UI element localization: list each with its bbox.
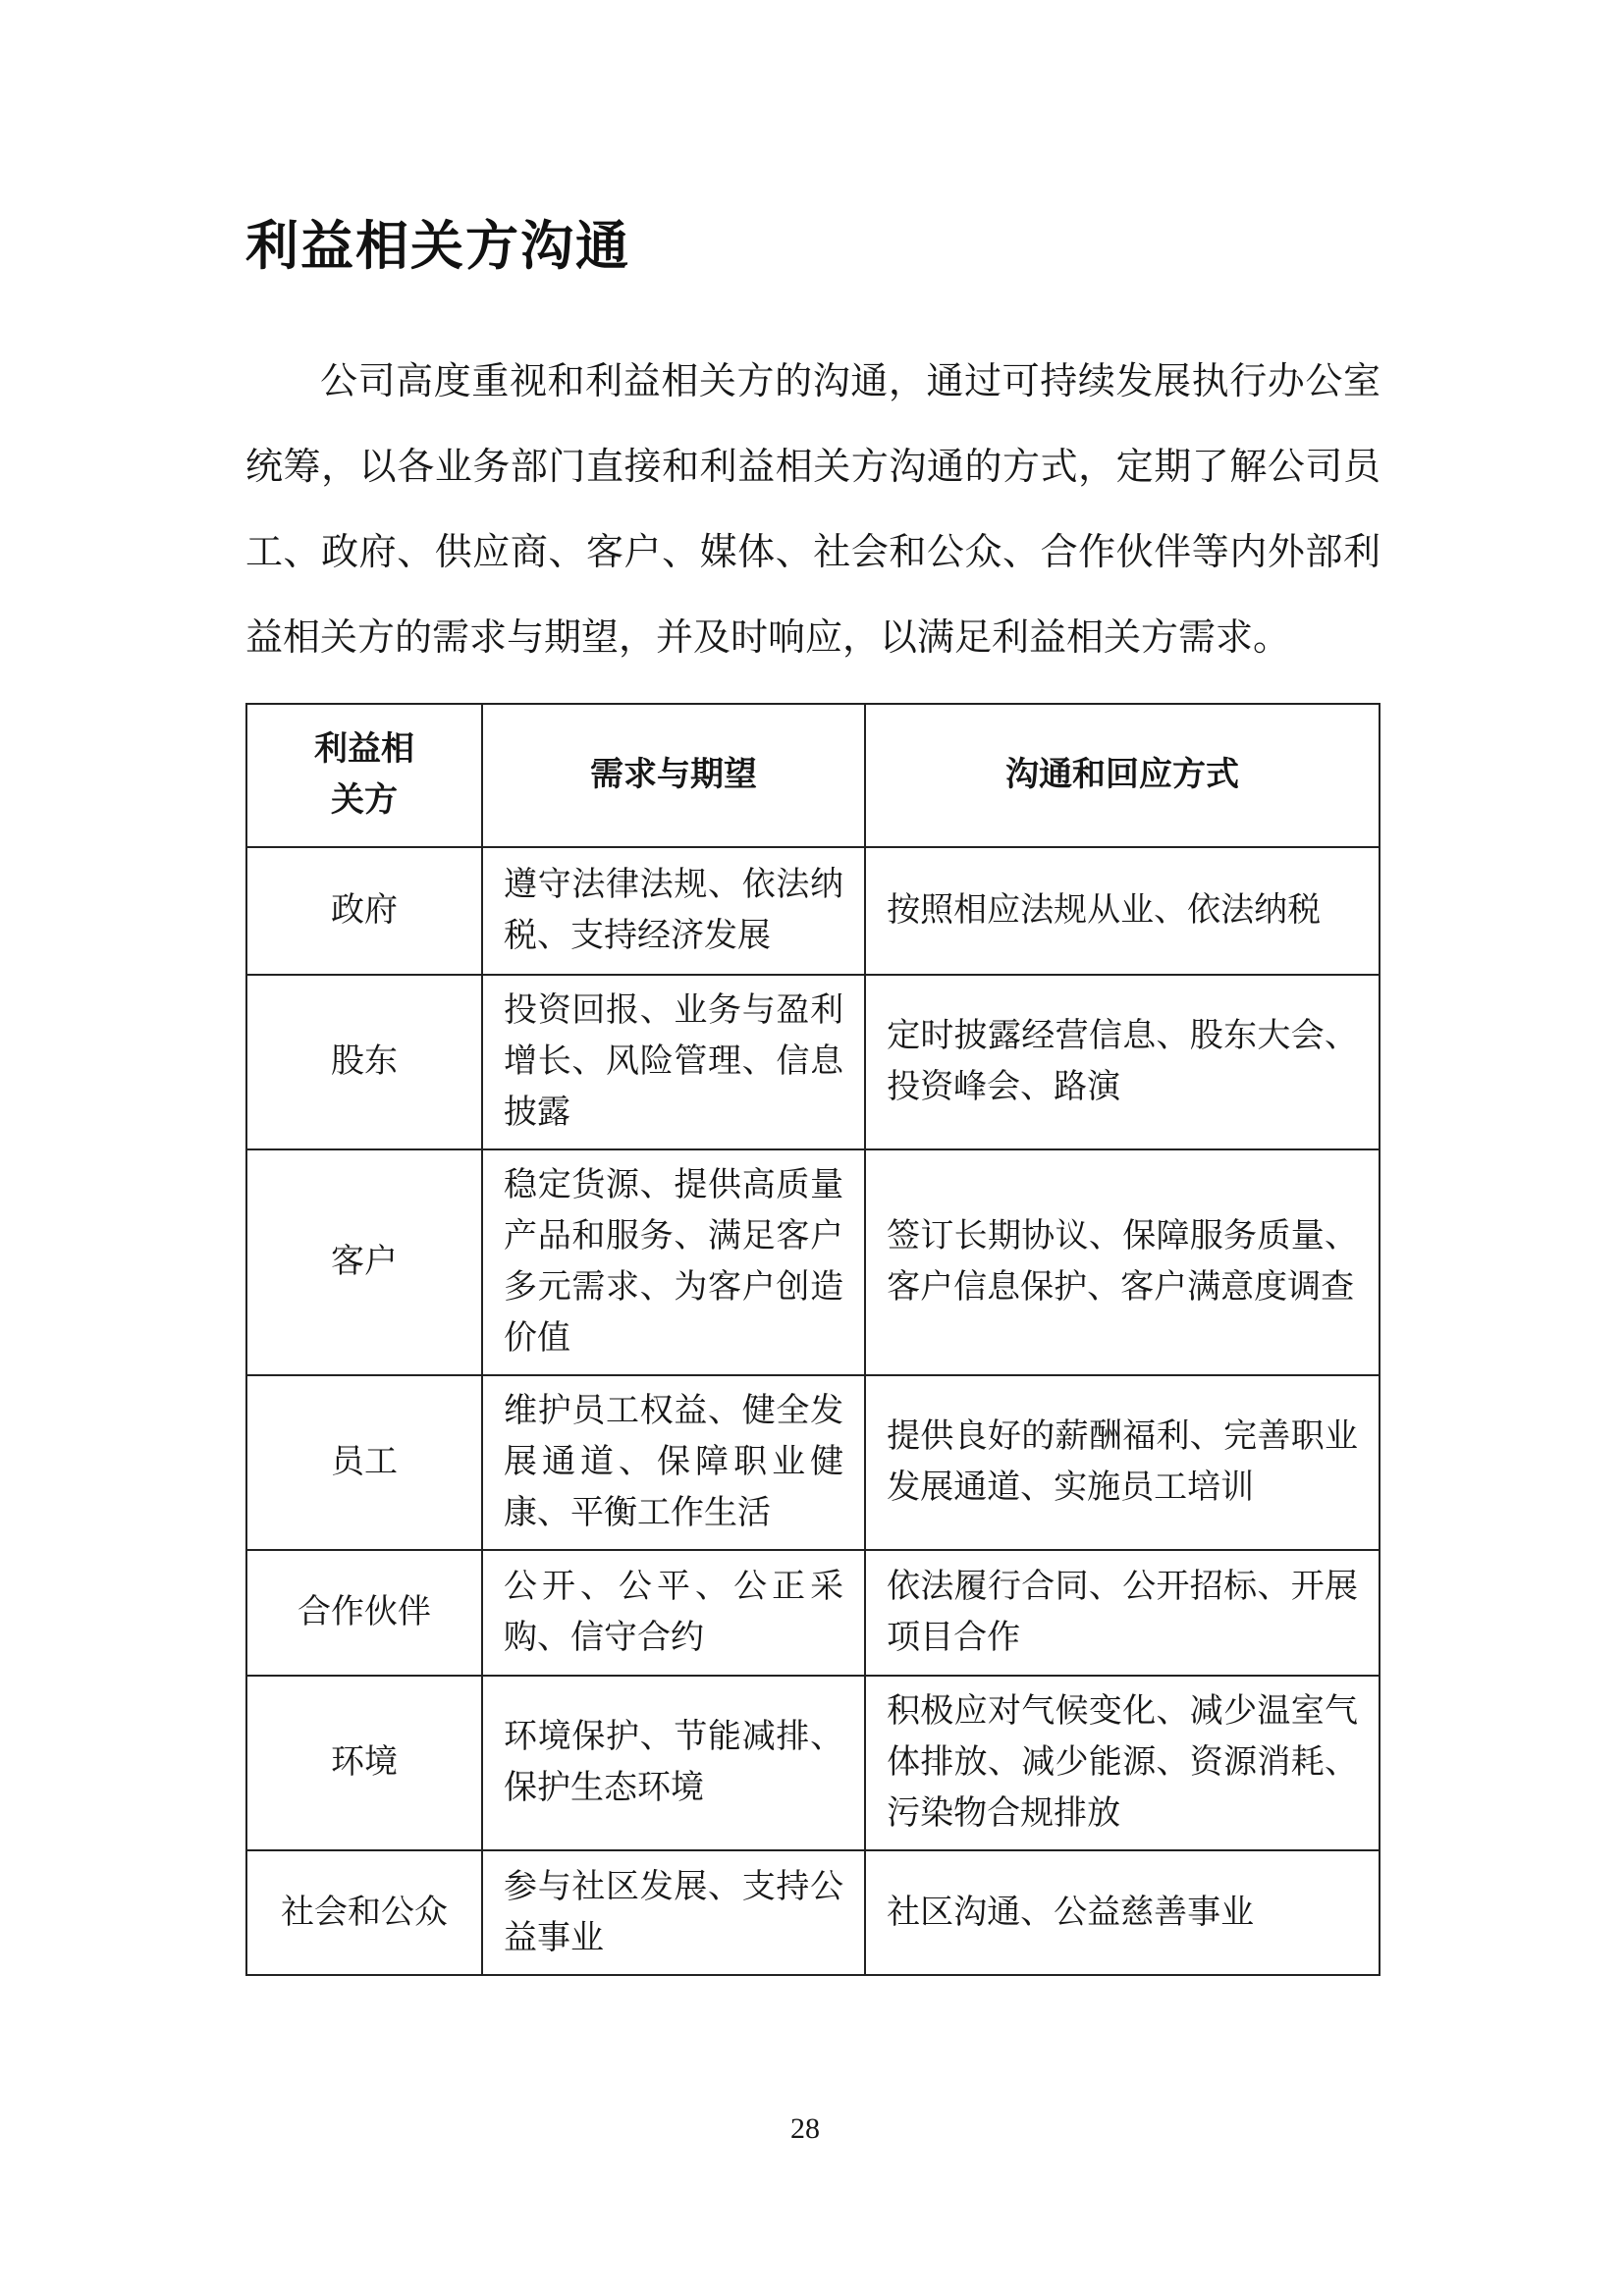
- response-cell: 签订长期协议、保障服务质量、客户信息保护、客户满意度调查: [865, 1149, 1380, 1375]
- table-row-partners: 合作伙伴 公开、公平、公正采购、信守合约 依法履行合同、公开招标、开展项目合作: [246, 1550, 1380, 1676]
- stakeholder-cell: 政府: [246, 847, 482, 975]
- stakeholder-cell: 环境: [246, 1676, 482, 1850]
- response-cell: 按照相应法规从业、依法纳税: [865, 847, 1380, 975]
- needs-cell: 遵守法律法规、依法纳税、支持经济发展: [482, 847, 865, 975]
- stakeholder-cell: 客户: [246, 1149, 482, 1375]
- response-cell: 提供良好的薪酬福利、完善职业发展通道、实施员工培训: [865, 1375, 1380, 1550]
- table-row-shareholders: 股东 投资回报、业务与盈利增长、风险管理、信息披露 定时披露经营信息、股东大会、…: [246, 975, 1380, 1149]
- response-cell: 积极应对气候变化、减少温室气体排放、减少能源、资源消耗、污染物合规排放: [865, 1676, 1380, 1850]
- page-number: 28: [0, 2112, 1610, 2146]
- response-cell: 定时披露经营信息、股东大会、投资峰会、路演: [865, 975, 1380, 1149]
- page-title: 利益相关方沟通: [245, 0, 1380, 277]
- stakeholder-cell: 员工: [246, 1375, 482, 1550]
- table-row-customers: 客户 稳定货源、提供高质量产品和服务、满足客户多元需求、为客户创造价值 签订长期…: [246, 1149, 1380, 1375]
- header-needs: 需求与期望: [482, 704, 865, 847]
- stakeholder-cell: 股东: [246, 975, 482, 1149]
- needs-cell: 公开、公平、公正采购、信守合约: [482, 1550, 865, 1676]
- table-header-row: 利益相 关方 需求与期望 沟通和回应方式: [246, 704, 1380, 847]
- table-row-society-public: 社会和公众 参与社区发展、支持公益事业 社区沟通、公益慈善事业: [246, 1850, 1380, 1975]
- table-row-government: 政府 遵守法律法规、依法纳税、支持经济发展 按照相应法规从业、依法纳税: [246, 847, 1380, 975]
- stakeholder-cell: 社会和公众: [246, 1850, 482, 1975]
- needs-cell: 投资回报、业务与盈利增长、风险管理、信息披露: [482, 975, 865, 1149]
- page-content: 利益相关方沟通 公司高度重视和利益相关方的沟通，通过可持续发展执行办公室统筹，以…: [245, 0, 1380, 1976]
- response-cell: 社区沟通、公益慈善事业: [865, 1850, 1380, 1975]
- needs-cell: 环境保护、节能减排、保护生态环境: [482, 1676, 865, 1850]
- stakeholder-cell: 合作伙伴: [246, 1550, 482, 1676]
- stakeholder-table: 利益相 关方 需求与期望 沟通和回应方式 政府 遵守法律法规、依法纳税、支持经济…: [245, 703, 1380, 1976]
- response-cell: 依法履行合同、公开招标、开展项目合作: [865, 1550, 1380, 1676]
- header-response: 沟通和回应方式: [865, 704, 1380, 847]
- needs-cell: 参与社区发展、支持公益事业: [482, 1850, 865, 1975]
- needs-cell: 稳定货源、提供高质量产品和服务、满足客户多元需求、为客户创造价值: [482, 1149, 865, 1375]
- body-paragraph: 公司高度重视和利益相关方的沟通，通过可持续发展执行办公室统筹，以各业务部门直接和…: [245, 340, 1380, 681]
- table-row-employees: 员工 维护员工权益、健全发展通道、保障职业健康、平衡工作生活 提供良好的薪酬福利…: [246, 1375, 1380, 1550]
- table-row-environment: 环境 环境保护、节能减排、保护生态环境 积极应对气候变化、减少温室气体排放、减少…: [246, 1676, 1380, 1850]
- document-page: 利益相关方沟通 公司高度重视和利益相关方的沟通，通过可持续发展执行办公室统筹，以…: [0, 0, 1624, 2296]
- needs-cell: 维护员工权益、健全发展通道、保障职业健康、平衡工作生活: [482, 1375, 865, 1550]
- header-stakeholder: 利益相 关方: [246, 704, 482, 847]
